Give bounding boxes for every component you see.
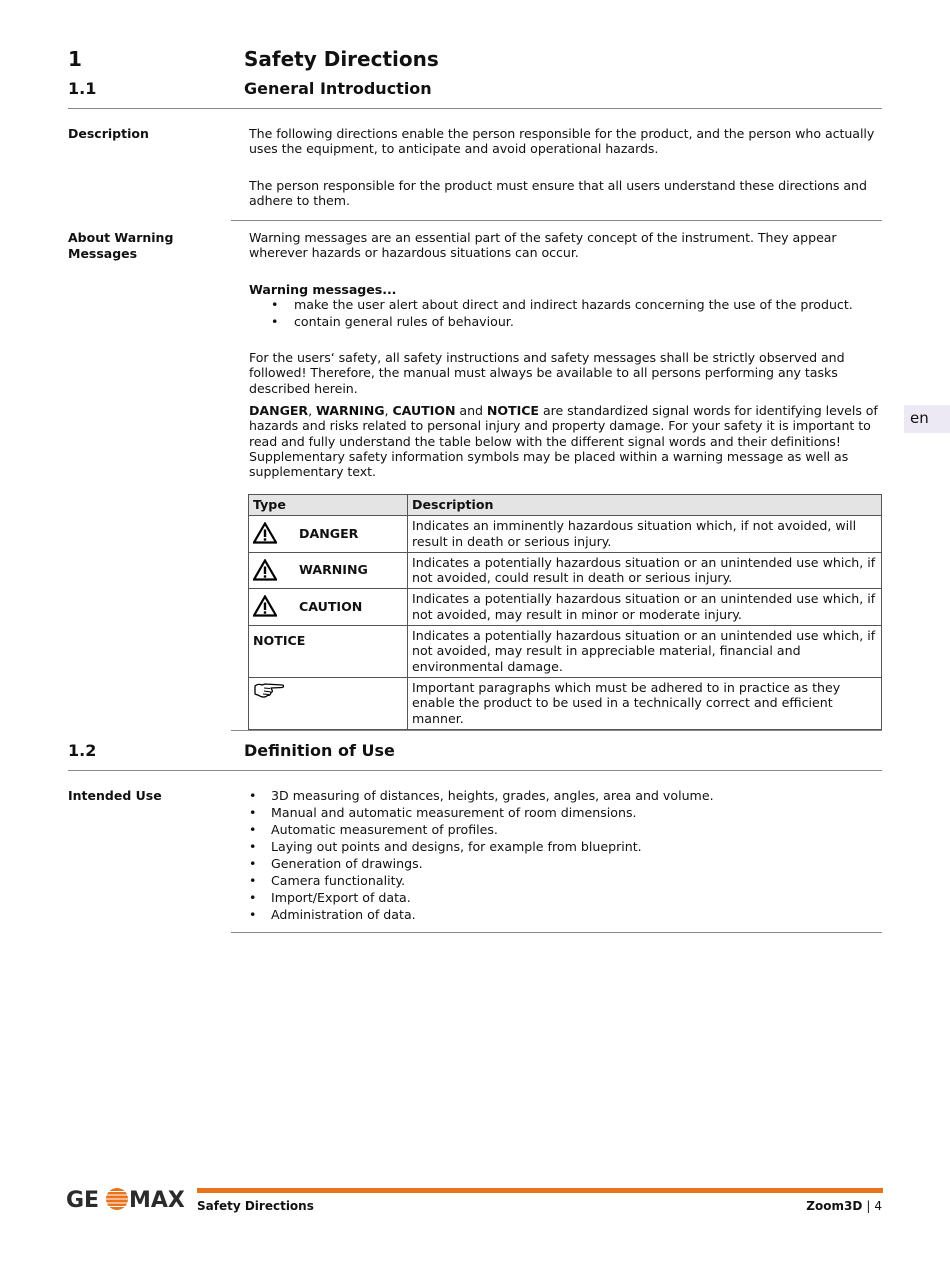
description-paragraph-1: The following directions enable the pers… <box>249 126 881 157</box>
chapter-number: 1 <box>68 47 82 71</box>
list-item: Generation of drawings. <box>249 855 881 872</box>
intended-use-list: 3D measuring of distances, heights, grad… <box>249 787 881 923</box>
warning-triangle-icon <box>253 522 277 544</box>
logo-text-ge: GE <box>66 1188 99 1212</box>
warning-messages-heading: Warning messages... <box>249 282 881 297</box>
separator: , <box>308 403 316 418</box>
type-notice: NOTICE <box>249 626 408 678</box>
subsection-divider <box>231 730 882 731</box>
list-item: make the user alert about direct and ind… <box>249 296 889 313</box>
signal-word-notice: NOTICE <box>487 403 539 418</box>
chapter-title: Safety Directions <box>244 47 439 71</box>
section-title-1-2: Definition of Use <box>244 741 395 760</box>
language-tab[interactable]: en <box>904 405 950 433</box>
signal-word-danger: DANGER <box>249 403 308 418</box>
subsection-divider <box>231 932 882 933</box>
description-danger: Indicates an imminently hazardous situat… <box>408 516 882 553</box>
description-note: Important paragraphs which must be adher… <box>408 677 882 729</box>
description-caution: Indicates a potentially hazardous situat… <box>408 589 882 626</box>
table-header-row: Type Description <box>249 495 882 516</box>
type-danger: DANGER <box>299 526 358 541</box>
footer-product: Zoom3D <box>806 1199 862 1213</box>
description-notice: Indicates a potentially hazardous situat… <box>408 626 882 678</box>
warning-messages-list: make the user alert about direct and ind… <box>249 296 889 330</box>
description-label: Description <box>68 126 149 142</box>
warning-triangle-icon <box>253 595 277 617</box>
type-caution: CAUTION <box>299 599 362 614</box>
list-item: 3D measuring of distances, heights, grad… <box>249 787 881 804</box>
pointing-hand-icon <box>253 681 285 699</box>
geomax-logo: GE MAX <box>66 1186 186 1212</box>
separator: and <box>455 403 486 418</box>
list-item: Automatic measurement of profiles. <box>249 821 881 838</box>
header-description: Description <box>408 495 882 516</box>
signal-words-table: Type Description DANGER Indicates an imm… <box>248 494 882 730</box>
about-warning-label-line2: Messages <box>68 246 173 262</box>
section-divider <box>68 770 882 771</box>
footer-product-page: Zoom3D|4 <box>806 1199 882 1213</box>
language-tab-label: en <box>910 409 929 427</box>
about-warning-label: About Warning Messages <box>68 230 173 262</box>
section-divider <box>68 108 882 109</box>
about-warning-label-line1: About Warning <box>68 230 173 246</box>
about-warning-intro: Warning messages are an essential part o… <box>249 230 881 261</box>
warning-triangle-icon <box>253 559 277 581</box>
signal-word-warning: WARNING <box>316 403 385 418</box>
section-number-1-2: 1.2 <box>68 741 96 760</box>
page-number: 4 <box>874 1199 882 1213</box>
safety-paragraph: For the users‘ safety, all safety instru… <box>249 350 881 396</box>
list-item: Camera functionality. <box>249 872 881 889</box>
section-number-1-1: 1.1 <box>68 79 96 98</box>
intended-use-label: Intended Use <box>68 788 162 804</box>
table-row: WARNING Indicates a potentially hazardou… <box>249 552 882 589</box>
list-item: Laying out points and designs, for examp… <box>249 838 881 855</box>
description-warning: Indicates a potentially hazardous situat… <box>408 552 882 589</box>
globe-icon <box>106 1188 128 1210</box>
footer-accent-bar <box>197 1188 883 1193</box>
table-row: CAUTION Indicates a potentially hazardou… <box>249 589 882 626</box>
signal-word-caution: CAUTION <box>392 403 455 418</box>
table-row: DANGER Indicates an imminently hazardous… <box>249 516 882 553</box>
list-item: Manual and automatic measurement of room… <box>249 804 881 821</box>
footer-section-title: Safety Directions <box>197 1199 314 1213</box>
header-type: Type <box>249 495 408 516</box>
list-item: Administration of data. <box>249 906 881 923</box>
description-paragraph-2: The person responsible for the product m… <box>249 178 881 209</box>
list-item: Import/Export of data. <box>249 889 881 906</box>
logo-text-max: MAX <box>129 1188 185 1212</box>
list-item: contain general rules of behaviour. <box>249 313 889 330</box>
section-title-1-1: General Introduction <box>244 79 432 98</box>
type-warning: WARNING <box>299 562 368 577</box>
subsection-divider <box>231 220 882 221</box>
footer-separator: | <box>866 1199 870 1213</box>
table-row: NOTICE Indicates a potentially hazardous… <box>249 626 882 678</box>
table-row: Important paragraphs which must be adher… <box>249 677 882 729</box>
signal-words-paragraph: DANGER, WARNING, CAUTION and NOTICE are … <box>249 403 881 479</box>
